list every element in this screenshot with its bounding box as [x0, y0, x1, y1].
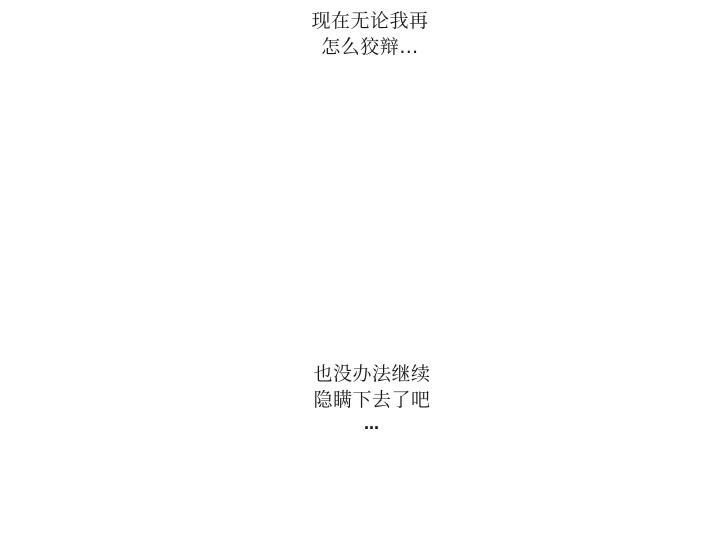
dialogue-line: 怎么狡辩…: [0, 34, 720, 60]
dialogue-ellipsis: …: [2, 413, 720, 435]
dialogue-line: 隐瞒下去了吧: [2, 387, 720, 413]
dialogue-text-2: 也没办法继续 隐瞒下去了吧 …: [2, 361, 720, 435]
dialogue-line: 也没办法继续: [2, 361, 720, 387]
dialogue-text-1: 现在无论我再 怎么狡辩…: [0, 8, 720, 60]
dialogue-line: 现在无论我再: [0, 8, 720, 34]
